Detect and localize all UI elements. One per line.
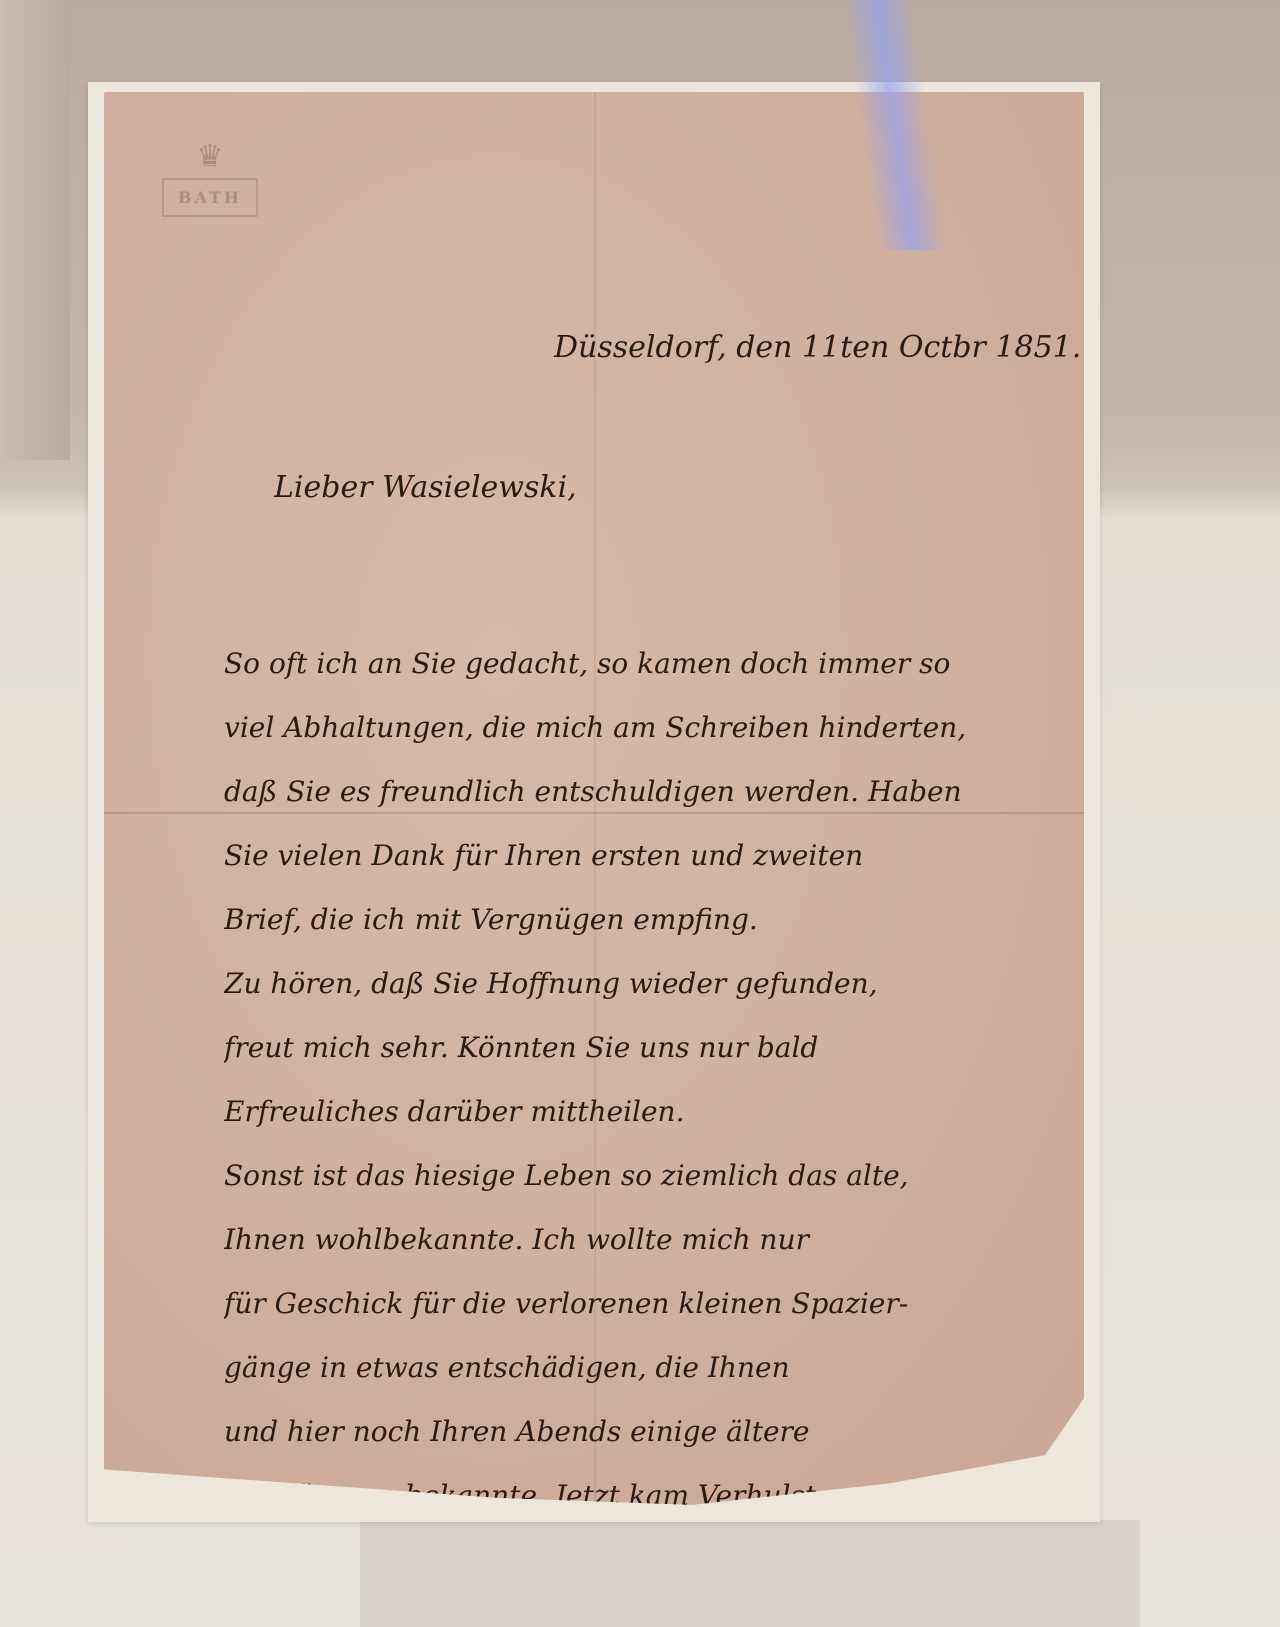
stamp-initials: BATH bbox=[162, 178, 258, 217]
body-line: Sie vielen Dank für Ihren ersten und zwe… bbox=[224, 824, 1054, 888]
frame-shadow bbox=[360, 1520, 1140, 1627]
body-line: daß Sie es freundlich entschuldigen werd… bbox=[224, 760, 1054, 824]
body-line: viel Abhaltungen, die mich am Schreiben … bbox=[224, 696, 1054, 760]
body-line: Brief, die ich mit Vergnügen empfing. bbox=[224, 888, 1054, 952]
body-line: für Geschick für die verlorenen kleinen … bbox=[224, 1272, 1054, 1336]
body-line: freut mich sehr. Könnten Sie uns nur bal… bbox=[224, 1016, 1054, 1080]
body-line: Sonst ist das hiesige Leben so ziemlich … bbox=[224, 1144, 1054, 1208]
letter-body: So oft ich an Sie gedacht, so kamen doch… bbox=[224, 632, 1054, 1592]
body-line: So oft ich an Sie gedacht, so kamen doch… bbox=[224, 632, 1054, 696]
background-wall bbox=[0, 0, 70, 460]
body-line: Zu hören, daß Sie Hoffnung wieder gefund… bbox=[224, 952, 1054, 1016]
crown-icon: ♛ bbox=[162, 142, 258, 172]
body-line: Ihnen wohlbekannte. Ich wollte mich nur bbox=[224, 1208, 1054, 1272]
body-line: Erfreuliches darüber mittheilen. bbox=[224, 1080, 1054, 1144]
body-line: und hier noch Ihren Abends einige ältere bbox=[224, 1400, 1054, 1464]
body-line: gänge in etwas entschädigen, die Ihnen bbox=[224, 1336, 1054, 1400]
embossed-stamp: ♛ BATH bbox=[162, 142, 258, 252]
place-date: Düsseldorf, den 11ten Octbr 1851. bbox=[554, 330, 1081, 365]
salutation: Lieber Wasielewski, bbox=[274, 470, 577, 505]
handwritten-letter: ♛ BATH Düsseldorf, den 11ten Octbr 1851.… bbox=[104, 92, 1084, 1512]
